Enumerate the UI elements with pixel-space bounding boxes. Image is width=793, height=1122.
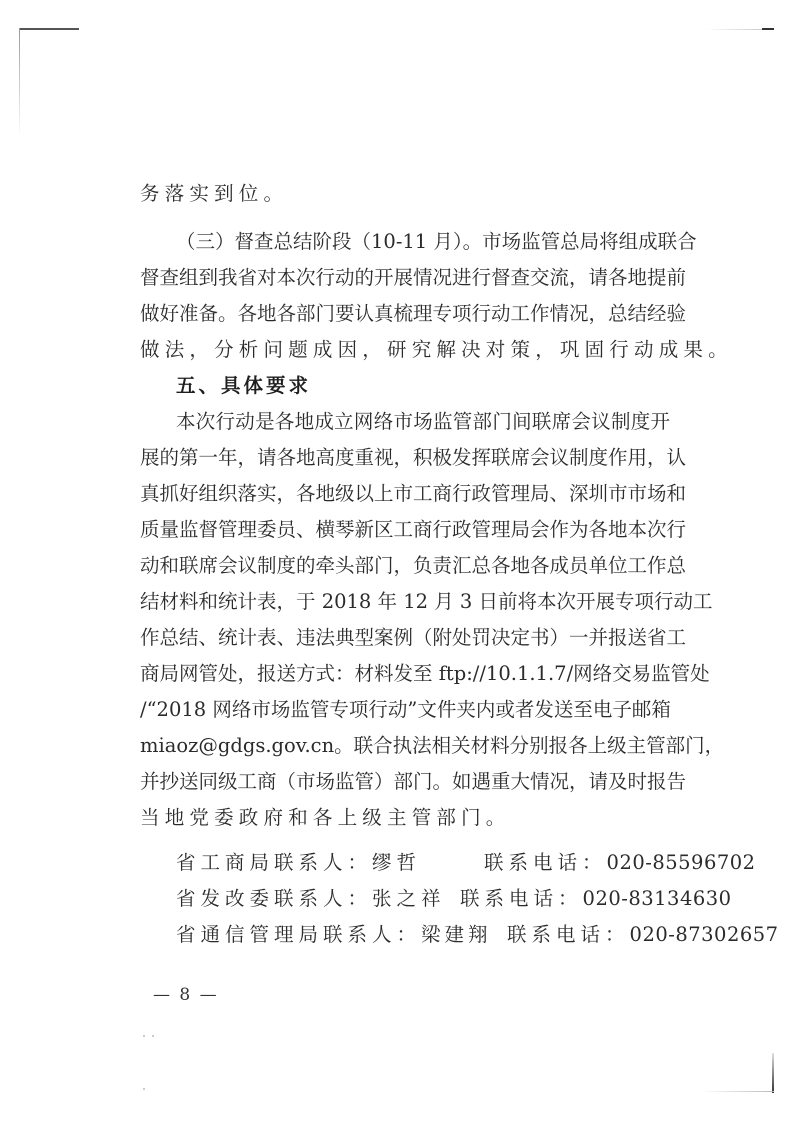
scan-border-bottom (700, 1091, 774, 1092)
contact-phone-label: 联系电话： (460, 887, 583, 911)
contact-label: 省发改委联系人： (176, 887, 372, 911)
contact-phone-label: 联系电话： (507, 923, 630, 947)
contact-label: 省通信管理局联系人： (176, 923, 421, 947)
paragraph-5-line: 动和联席会议制度的牵头部门，负责汇总各地各成员单位工作总 (140, 554, 670, 578)
contact-phone: 020-85596702 (607, 851, 756, 875)
scan-border-top-right-fade (706, 29, 762, 30)
contact-phone-label: 联系电话： (484, 851, 607, 875)
paragraph-5-line: 真抓好组织落实，各地级以上市工商行政管理局、深圳市市场和 (140, 482, 670, 506)
paragraph-5-line: 作总结、统计表、违法典型案例（附处罚决定书）一并报送省工 (140, 626, 670, 650)
page-number: — 8 — (153, 985, 219, 1005)
scan-border-top-right (762, 28, 774, 30)
scan-speck (143, 1035, 145, 1037)
scan-speck (152, 1035, 154, 1037)
scan-speck (143, 1088, 145, 1090)
paragraph-5-line: 当地党委政府和各上级主管部门。 (140, 806, 511, 830)
paragraph-5-line: 结材料和统计表，于 2018 年 12 月 3 日前将本次开展专项行动工 (140, 590, 670, 614)
paragraph-5-line: 本次行动是各地成立网络市场监管部门间联席会议制度开 (176, 410, 670, 434)
contact-row: 省发改委联系人：张之祥联系电话：020-83134630 (176, 887, 732, 911)
contact-name: 张之祥 (372, 887, 460, 911)
paragraph-5-line: 展的第一年，请各地高度重视，积极发挥联席会议制度作用，认 (140, 446, 670, 470)
contact-name: 缪哲 (372, 851, 484, 875)
document-page: 务落实到位。 （三）督查总结阶段（10-11 月）。市场监管总局将组成联合 督查… (0, 0, 793, 1122)
paragraph-3-line: 做法，分析问题成因，研究解决对策，巩固行动成果。 (140, 338, 733, 362)
scan-border-left (19, 28, 20, 138)
section-heading: 五、具体要求 (176, 374, 311, 398)
paragraph-5-line: 质量监督管理委员、横琴新区工商行政管理局会作为各地本次行 (140, 518, 670, 542)
continuation-line: 务落实到位。 (140, 182, 288, 206)
paragraph-5-line: 并抄送同级工商（市场监管）部门。如遇重大情况，请及时报告 (140, 770, 670, 794)
contact-phone: 020-87302657 (630, 923, 779, 947)
contact-name: 梁建翔 (421, 923, 507, 947)
paragraph-5-line: miaoz@gdgs.gov.cn。联合执法相关材料分别报各上级主管部门， (140, 734, 670, 758)
contact-row: 省工商局联系人：缪哲联系电话：020-85596702 (176, 851, 756, 875)
paragraph-3-line: 督查组到我省对本次行动的开展情况进行督查交流，请各地提前 (140, 266, 670, 290)
contact-phone: 020-83134630 (583, 887, 732, 911)
paragraph-5-line: /“2018 网络市场监管专项行动”文件夹内或者发送至电子邮箱 (140, 698, 670, 722)
scan-border-top-left (19, 28, 79, 30)
scan-border-bottom-right (772, 1053, 774, 1093)
paragraph-5-line: 商局网管处，报送方式：材料发至 ftp://10.1.1.7/网络交易监管处 (140, 662, 670, 686)
contact-label: 省工商局联系人： (176, 851, 372, 875)
contact-row: 省通信管理局联系人：梁建翔联系电话：020-87302657 (176, 923, 779, 947)
paragraph-3-line: 做好准备。各地各部门要认真梳理专项行动工作情况，总结经验 (140, 302, 670, 326)
paragraph-3-line: （三）督查总结阶段（10-11 月）。市场监管总局将组成联合 (176, 230, 670, 254)
